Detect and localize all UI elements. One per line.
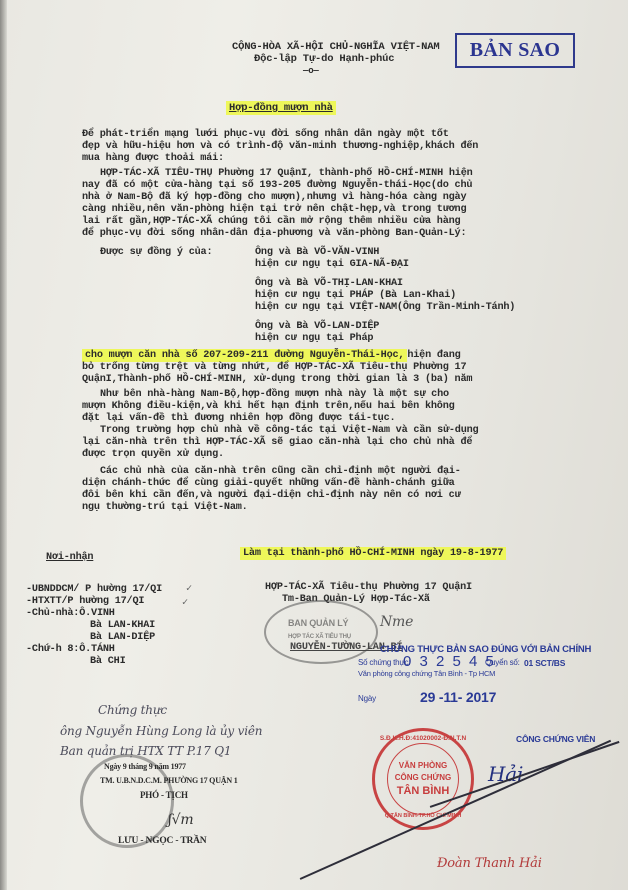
stamp-bottom-text: Q.TÂN BÌNH-TP.HỒ CHÍ MINH	[375, 813, 471, 819]
para1-line: nhà ở Nam-Bộ đã ký hợp-đồng cho mượn),nh…	[82, 192, 466, 203]
para3-line: đặt lại vấn-đề thì đương nhiên hợp đồng …	[82, 413, 395, 424]
check-mark-icon: ✓	[182, 597, 188, 609]
cooperative-signature: Nme	[380, 614, 413, 630]
place-date-text: Làm tại thành-phố HỒ-CHÍ-MINH ngày 19-8-…	[240, 547, 506, 560]
document-title: Hợp-đồng mượn nhà	[226, 102, 336, 114]
recipient-item: Bà LAN-KHAI	[90, 620, 155, 631]
notary-office: Văn phòng công chứng Tân Bình - Tp HCM	[358, 669, 495, 678]
local-cert-name: LƯU - NGỌC - TRẦN	[118, 836, 206, 846]
page-edge-shadow	[0, 0, 7, 890]
para2-line: cho mượn căn nhà số 207-209-211 đường Ng…	[82, 350, 461, 361]
recipients-title: Nơi-nhận	[46, 552, 93, 563]
para4-line: được trọn quyền xử dụng.	[82, 449, 224, 460]
notary-title: CÔNG CHỨNG VIÊN	[516, 734, 595, 744]
para4-line: lại căn-nhà trên thì HỢP-TÁC-XÃ sẽ giao …	[82, 437, 472, 448]
cooperative-stamp: BAN QUẢN LÝ HỢP TÁC XÃ TIÊU THỤ	[264, 600, 378, 664]
stamp-line1: VĂN PHÒNG	[375, 761, 471, 770]
para5-line: Các chủ nhà của căn-nhà trên cũng cần ch…	[100, 466, 461, 477]
handwritten-line: Chứng thực	[98, 703, 167, 717]
handwritten-line: ông Nguyễn Hùng Long là ủy viên	[60, 724, 262, 738]
intro-line: Để phát-triển mạng lưới phục-vụ đời sống…	[82, 129, 449, 140]
recipient-item: -Chứ-h 8:Ô.TÁNH	[26, 644, 115, 655]
copy-badge: BẢN SAO	[455, 33, 575, 68]
motto: Độc-lập Tự-do Hạnh-phúc	[254, 53, 394, 65]
para2-line: bỏ trống từng trệt và từng nhứt, để HỢP-…	[82, 362, 466, 373]
para2-highlight: cho mượn căn nhà số 207-209-211 đường Ng…	[82, 349, 407, 362]
stamp-text: BAN QUẢN LÝ	[288, 618, 348, 628]
owner-name: Ông và Bà VÕ-LAN-DIỆP	[255, 321, 379, 332]
para1-line: càng nhiều,nên văn-phòng hiện tại trở nê…	[82, 204, 466, 215]
book-label: Quyển số:	[485, 658, 520, 667]
local-cert-date: Ngày 9 tháng 9 năm 1977	[104, 762, 186, 771]
recipient-item: -UBNDDCM/ P hường 17/QI	[26, 584, 162, 595]
header-divider: —o—	[303, 66, 319, 76]
consent-label: Được sự đồng ý của:	[100, 247, 212, 258]
para3-line: Như bên nhà-hàng Nam-Bộ,hợp-đồng mượn nh…	[100, 389, 449, 400]
stamp-line2: CÔNG CHỨNG	[375, 773, 471, 782]
owner-residence: hiện cư ngụ tại VIỆT-NAM(Ông Trần-Minh-T…	[255, 302, 515, 313]
para4-line: Trong trường hợp chủ nhà về công-tác tại…	[100, 425, 478, 436]
book-number: 01 SCT/BS	[524, 658, 565, 668]
owner-name: Ông và Bà VÕ-THỊ-LAN-KHAI	[255, 278, 403, 289]
recipient-item: -HTXTT/P hường 17/QI	[26, 596, 144, 607]
intro-line: mua hàng được thoải mái:	[82, 153, 224, 164]
signatory-org: HỢP-TÁC-XÃ Tiêu-thụ Phường 17 QuậnI	[265, 582, 472, 593]
local-cert-role: PHÓ - TỊCH	[140, 790, 188, 800]
para5-line: diện chánh-thức để cùng giải-quyết những…	[82, 478, 455, 489]
owner-name: Ông và Bà VÕ-VĂN-VINH	[255, 247, 379, 258]
para5-line: ngụ thường-trú tại Việt-Nam.	[82, 502, 248, 513]
local-cert-body: TM. U.B.N.D.C.M. PHƯỜNG 17 QUẬN 1	[100, 776, 238, 785]
owner-residence: hiện cư ngụ tại PHÁP (Bà Lan-Khai)	[255, 290, 456, 301]
para3-line: mượn Không điều-kiện,và khi hết hạn định…	[82, 401, 455, 412]
para2-tail: hiện đang	[407, 350, 460, 361]
recipient-item: Bà LAN-DIỆP	[90, 632, 155, 643]
cert-number: 0 3 2 5 4 5	[403, 653, 496, 670]
para1-line: nay đã có một cửa-hàng tại số 193-205 đư…	[82, 180, 472, 191]
recipient-item: Bà CHI	[90, 656, 125, 667]
handwritten-line: Ban quản trị HTX TT P.17 Q1	[60, 744, 231, 758]
stamp-line3: TÂN BÌNH	[375, 785, 471, 797]
notary-name: Đoàn Thanh Hải	[437, 856, 542, 871]
date-label: Ngày	[358, 694, 376, 703]
local-cert-signature: ʃ√m	[168, 812, 193, 828]
intro-line: đẹp và hữu-hiệu hơn và có trình-độ văn-m…	[82, 141, 478, 152]
para1-line: để phục-vụ đời sống nhân-dân địa-phương …	[82, 228, 466, 239]
para2-line: QuậnI,Thành-phố HỒ-CHÍ-MINH, xử-dụng tro…	[82, 374, 472, 385]
notary-office-stamp: S.Đ.K.H.Đ:41020002-Đ.N.T.N VĂN PHÒNG CÔN…	[372, 728, 474, 830]
recipient-item: -Chủ-nhà:Ô.VINH	[26, 608, 115, 619]
stamp-subtext: HỢP TÁC XÃ TIÊU THỤ	[288, 634, 351, 640]
notary-date: 29 -11- 2017	[420, 689, 496, 705]
place-date: Làm tại thành-phố HỒ-CHÍ-MINH ngày 19-8-…	[240, 548, 506, 559]
para5-line: đôi bên khi cần đến,và người đại-diện ch…	[82, 490, 460, 501]
nation-heading: CỘNG-HÒA XÃ-HỘI CHỦ-NGHĨA VIỆT-NAM	[232, 41, 439, 53]
para1-line: lai rất gần,HỢP-TÁC-XÃ chúng tôi cần mở …	[82, 216, 460, 227]
check-mark-icon: ✓	[186, 583, 192, 595]
owner-residence: hiện cư ngụ tại GIA-NÃ-ĐẠI	[255, 259, 409, 270]
para1-line: HỢP-TÁC-XÃ TIÊU-THỤ Phường 17 QuậnI, thà…	[100, 168, 473, 179]
document-title-text: Hợp-đồng mượn nhà	[226, 101, 336, 115]
owner-residence: hiện cư ngụ tại Pháp	[255, 333, 373, 344]
stamp-ring-text: S.Đ.K.H.Đ:41020002-Đ.N.T.N	[375, 735, 471, 742]
